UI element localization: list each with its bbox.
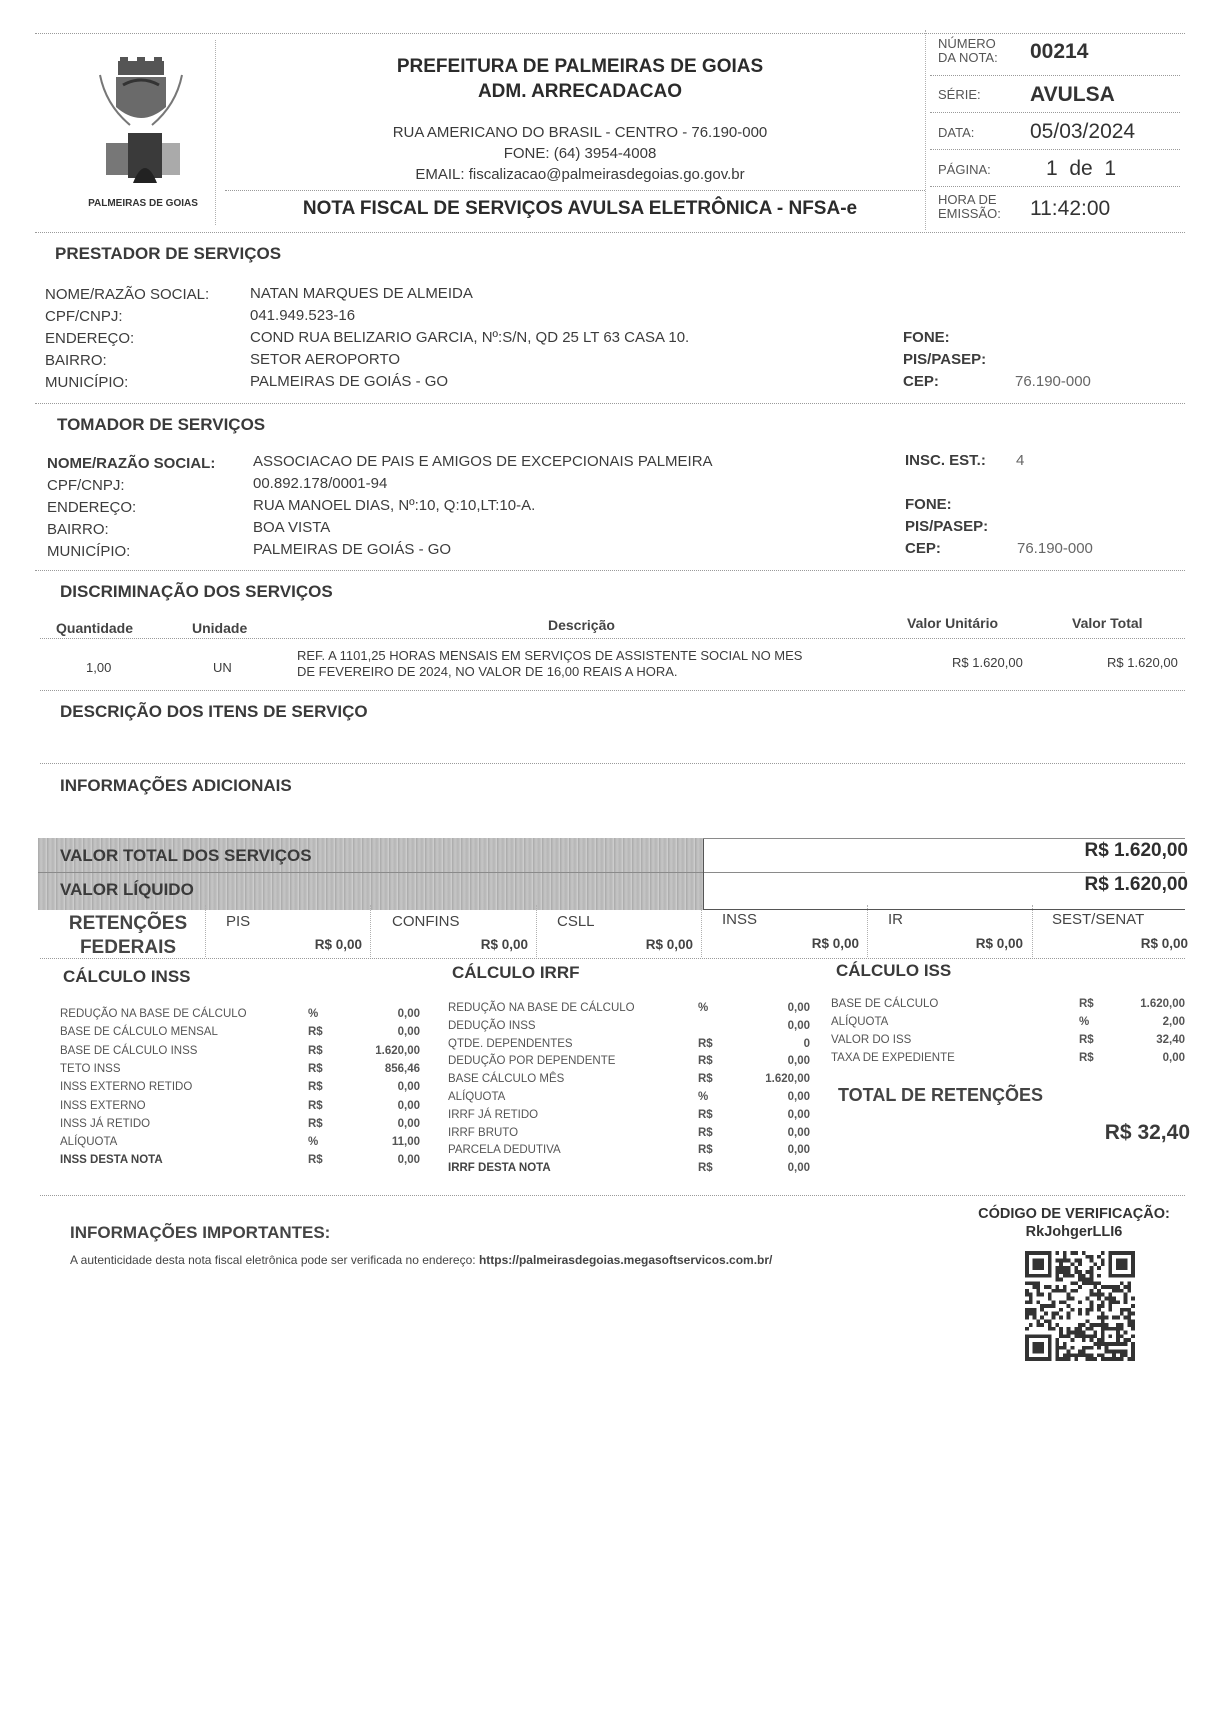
- authenticity-text: A autenticidade desta nota fiscal eletrô…: [70, 1253, 476, 1267]
- col-descricao: Descrição: [548, 617, 615, 633]
- prestador-bairro-label: BAIRRO:: [45, 352, 107, 369]
- prestador-nome-value: NATAN MARQUES DE ALMEIDA: [250, 285, 473, 302]
- tomador-endereco-value: RUA MANOEL DIAS, Nº:10, Q:10,LT:10-A.: [253, 497, 535, 514]
- retencao-pis-value: R$ 0,00: [272, 937, 362, 952]
- org-department: ADM. ARRECADACAO: [370, 81, 790, 103]
- ret-div-1: [370, 905, 371, 957]
- calc-row: IRRF BRUTOR$0,00: [448, 1125, 810, 1142]
- retencoes-federais-label: RETENÇÕES FEDERAIS: [58, 912, 198, 960]
- numero-label: NÚMERO DA NOTA:: [938, 37, 998, 65]
- calc-row-name: INSS JÁ RETIDO: [60, 1116, 150, 1133]
- col-valor-total: Valor Total: [1072, 615, 1143, 631]
- calc-row-name: BASE DE CÁLCULO: [831, 996, 938, 1013]
- calc-row-value: 0: [804, 1036, 810, 1053]
- retencoes-label-line1: RETENÇÕES: [58, 912, 198, 936]
- calc-row-unit: R$: [308, 1098, 323, 1115]
- calc-row-value: 1.620,00: [1140, 996, 1185, 1013]
- info-adicionais-title: INFORMAÇÕES ADICIONAIS: [60, 776, 292, 796]
- pagina-label: PÁGINA:: [938, 163, 991, 177]
- calc-row-value: 2,00: [1163, 1014, 1185, 1031]
- calc-row: TAXA DE EXPEDIENTER$0,00: [831, 1050, 1185, 1067]
- calc-row-unit: R$: [308, 1116, 323, 1133]
- calc-row-value: 0,00: [788, 1160, 810, 1177]
- calc-row-value: 1.620,00: [765, 1071, 810, 1088]
- hora-label-line2: EMISSÃO:: [938, 207, 1001, 221]
- totals-middle-line: [38, 872, 1185, 873]
- calc-row-value: 0,00: [788, 1053, 810, 1070]
- calc-row: REDUÇÃO NA BASE DE CÁLCULO%0,00: [448, 1000, 810, 1017]
- calc-row-unit: R$: [698, 1107, 713, 1124]
- calc-row-unit: R$: [1079, 996, 1094, 1013]
- retencao-ir-value: R$ 0,00: [933, 936, 1023, 951]
- data-value: 05/03/2024: [1030, 120, 1135, 144]
- calc-row-name: BASE DE CÁLCULO MENSAL: [60, 1024, 218, 1041]
- pagina-value: 1 de 1: [1046, 157, 1116, 181]
- calc-row-name: VALOR DO ISS: [831, 1032, 911, 1049]
- totals-bottom-line: [703, 909, 1185, 910]
- row-valor-total: R$ 1.620,00: [1107, 655, 1178, 670]
- calc-row: ALÍQUOTA%2,00: [831, 1014, 1185, 1031]
- verification-url-link[interactable]: https://palmeirasdegoias.megasoftservico…: [479, 1253, 772, 1267]
- calc-row: IRRF JÁ RETIDOR$0,00: [448, 1107, 810, 1124]
- org-name: PREFEITURA DE PALMEIRAS DE GOIAS: [370, 56, 790, 78]
- valor-liquido-value: R$ 1.620,00: [900, 874, 1188, 896]
- ret-div-5: [1032, 905, 1033, 957]
- table-row: 1,00 UN REF. A 1101,25 HORAS MENSAIS EM …: [0, 640, 1205, 685]
- calc-row-name: IRRF BRUTO: [448, 1125, 518, 1142]
- calc-row-value: 11,00: [392, 1134, 420, 1151]
- calc-row-name: IRRF JÁ RETIDO: [448, 1107, 538, 1124]
- tomador-bairro-label: BAIRRO:: [47, 521, 109, 538]
- calc-row: ALÍQUOTA%0,00: [448, 1089, 810, 1106]
- tomador-municipio-label: MUNICÍPIO:: [47, 543, 130, 560]
- calc-row-name: REDUÇÃO NA BASE DE CÁLCULO: [448, 1000, 635, 1017]
- org-phone: FONE: (64) 3954-4008: [370, 145, 790, 162]
- tomador-nome-label: NOME/RAZÃO SOCIAL:: [47, 455, 215, 472]
- tomador-municipio-value: PALMEIRAS DE GOIÁS - GO: [253, 541, 451, 558]
- calc-row-name: INSS DESTA NOTA: [60, 1152, 163, 1169]
- calc-row: REDUÇÃO NA BASE DE CÁLCULO%0,00: [60, 1006, 420, 1023]
- header-title-separator: [225, 190, 925, 191]
- calculo-iss-title: CÁLCULO ISS: [836, 961, 951, 981]
- calc-row: PARCELA DEDUTIVAR$0,00: [448, 1142, 810, 1159]
- retencao-ir-name: IR: [888, 911, 903, 928]
- tomador-bairro-value: BOA VISTA: [253, 519, 330, 536]
- numero-label-line2: DA NOTA:: [938, 51, 998, 65]
- prestador-municipio-label: MUNICÍPIO:: [45, 374, 128, 391]
- valor-liquido-label: VALOR LÍQUIDO: [60, 880, 194, 900]
- header-top-border: [35, 33, 1185, 34]
- calc-row: VALOR DO ISSR$32,40: [831, 1032, 1185, 1049]
- calc-row-value: 0,00: [1163, 1050, 1185, 1067]
- retencao-pis-name: PIS: [226, 913, 250, 930]
- totals-divider: [703, 838, 704, 910]
- tomador-cpf-value: 00.892.178/0001-94: [253, 475, 387, 492]
- calc-row-unit: R$: [698, 1036, 713, 1053]
- calc-row-unit: R$: [1079, 1050, 1094, 1067]
- tomador-endereco-label: ENDEREÇO:: [47, 499, 136, 516]
- prestador-nome-label: NOME/RAZÃO SOCIAL:: [45, 286, 209, 303]
- calc-row-unit: %: [698, 1000, 708, 1017]
- calc-row-unit: R$: [308, 1043, 323, 1060]
- tomador-fone-label: FONE:: [905, 496, 952, 513]
- itens-section-title: DESCRIÇÃO DOS ITENS DE SERVIÇO: [60, 702, 368, 722]
- hora-value: 11:42:00: [1030, 197, 1110, 221]
- retencao-confins-value: R$ 0,00: [438, 937, 528, 952]
- tomador-insc-value: 4: [1016, 452, 1024, 469]
- coat-of-arms-icon: [78, 55, 208, 215]
- calc-row: INSS JÁ RETIDOR$0,00: [60, 1116, 420, 1133]
- calc-row-unit: R$: [698, 1142, 713, 1159]
- calc-row: BASE DE CÁLCULO MENSALR$0,00: [60, 1024, 420, 1041]
- qr-code-icon: [1025, 1251, 1135, 1361]
- prestador-cep-value: 76.190-000: [1015, 373, 1091, 390]
- codigo-verificacao-value: RkJohgerLLI6: [950, 1224, 1198, 1240]
- calc-row-name: BASE DE CÁLCULO INSS: [60, 1043, 197, 1060]
- tomador-bottom-border: [35, 570, 1185, 571]
- ret-div-0: [205, 905, 206, 957]
- retencao-csll-name: CSLL: [557, 913, 595, 930]
- calc-row-unit: R$: [698, 1053, 713, 1070]
- calc-row-name: REDUÇÃO NA BASE DE CÁLCULO: [60, 1006, 247, 1023]
- retencao-inss-name: INSS: [722, 911, 757, 928]
- calc-row-name: IRRF DESTA NOTA: [448, 1160, 551, 1177]
- hora-label: HORA DE EMISSÃO:: [938, 193, 1001, 221]
- calc-row: IRRF DESTA NOTAR$0,00: [448, 1160, 810, 1177]
- col-quantidade: Quantidade: [56, 620, 133, 636]
- total-retencoes-value: R$ 32,40: [1040, 1121, 1190, 1145]
- calc-row-name: DEDUÇÃO INSS: [448, 1018, 536, 1035]
- meta-sep-1: [930, 75, 1180, 76]
- calc-row: ALÍQUOTA%11,00: [60, 1134, 420, 1151]
- servicos-header-separator: [40, 638, 1185, 639]
- header-logo-divider: [215, 40, 216, 225]
- calc-row-unit: %: [308, 1006, 318, 1023]
- valor-total-servicos-label: VALOR TOTAL DOS SERVIÇOS: [60, 846, 312, 866]
- calc-row: QTDE. DEPENDENTESR$0: [448, 1036, 810, 1053]
- row-descricao-line2: DE FEVEREIRO DE 2024, NO VALOR DE 16,00 …: [297, 664, 678, 679]
- prestador-cpf-label: CPF/CNPJ:: [45, 308, 123, 325]
- calc-row: INSS EXTERNO RETIDOR$0,00: [60, 1079, 420, 1096]
- row-quantidade: 1,00: [86, 660, 111, 675]
- retencoes-bottom-border: [40, 958, 1185, 959]
- codigo-verificacao-label: CÓDIGO DE VERIFICAÇÃO:: [950, 1206, 1198, 1222]
- calc-row-name: PARCELA DEDUTIVA: [448, 1142, 561, 1159]
- calculos-bottom-border: [40, 1195, 1185, 1196]
- prestador-endereco-label: ENDEREÇO:: [45, 330, 134, 347]
- calc-row-unit: R$: [308, 1152, 323, 1169]
- calc-row-value: 0,00: [398, 1006, 420, 1023]
- retencao-sest-senat-value: R$ 0,00: [1098, 936, 1188, 951]
- total-retencoes-label: TOTAL DE RETENÇÕES: [838, 1085, 1043, 1106]
- calc-row-name: INSS EXTERNO: [60, 1098, 146, 1115]
- calc-row-unit: %: [698, 1089, 708, 1106]
- serie-label: SÉRIE:: [938, 88, 981, 102]
- prestador-bairro-value: SETOR AEROPORTO: [250, 351, 400, 368]
- calc-row-value: 0,00: [398, 1098, 420, 1115]
- calc-row-name: QTDE. DEPENDENTES: [448, 1036, 573, 1053]
- calc-row-name: ALÍQUOTA: [448, 1089, 505, 1106]
- col-unidade: Unidade: [192, 620, 247, 636]
- retencoes-label-line2: FEDERAIS: [58, 936, 198, 960]
- prestador-section-title: PRESTADOR DE SERVIÇOS: [55, 244, 281, 264]
- tomador-section-title: TOMADOR DE SERVIÇOS: [57, 415, 265, 435]
- calc-row: BASE DE CÁLCULOR$1.620,00: [831, 996, 1185, 1013]
- servicos-section-title: DISCRIMINAÇÃO DOS SERVIÇOS: [60, 582, 333, 602]
- calc-row-name: TETO INSS: [60, 1061, 121, 1078]
- itens-bottom-border: [40, 763, 1185, 764]
- calc-row: DEDUÇÃO INSS0,00: [448, 1018, 810, 1035]
- col-valor-unitario: Valor Unitário: [907, 615, 998, 631]
- header-meta-divider: [925, 30, 926, 230]
- document-title: NOTA FISCAL DE SERVIÇOS AVULSA ELETRÔNIC…: [240, 198, 920, 220]
- tomador-cpf-label: CPF/CNPJ:: [47, 477, 125, 494]
- calc-row-value: 0,00: [398, 1152, 420, 1169]
- calc-row: TETO INSSR$856,46: [60, 1061, 420, 1078]
- calc-row-value: 0,00: [788, 1018, 810, 1035]
- prestador-bottom-border: [35, 403, 1185, 404]
- calc-row-unit: R$: [698, 1160, 713, 1177]
- ret-div-3: [701, 905, 702, 957]
- row-unidade: UN: [213, 660, 232, 675]
- valor-total-servicos-value: R$ 1.620,00: [900, 840, 1188, 862]
- calc-row-unit: %: [308, 1134, 318, 1151]
- ret-div-4: [867, 905, 868, 957]
- calc-row-name: BASE CÁLCULO MÊS: [448, 1071, 564, 1088]
- ret-div-2: [536, 905, 537, 957]
- calc-row: INSS DESTA NOTAR$0,00: [60, 1152, 420, 1169]
- calc-row-unit: R$: [698, 1071, 713, 1088]
- servicos-bottom-border: [40, 690, 1185, 691]
- calc-row-unit: %: [1079, 1014, 1089, 1031]
- tomador-pis-label: PIS/PASEP:: [905, 518, 988, 535]
- totals-top-line: [703, 838, 1185, 839]
- calc-row-name: DEDUÇÃO POR DEPENDENTE: [448, 1053, 615, 1070]
- org-address: RUA AMERICANO DO BRASIL - CENTRO - 76.19…: [370, 124, 790, 141]
- data-label: DATA:: [938, 126, 974, 140]
- calc-row: BASE DE CÁLCULO INSSR$1.620,00: [60, 1043, 420, 1060]
- info-importantes-title: INFORMAÇÕES IMPORTANTES:: [70, 1223, 330, 1243]
- calc-row-value: 0,00: [788, 1107, 810, 1124]
- tomador-cep-label: CEP:: [905, 540, 941, 557]
- numero-label-line1: NÚMERO: [938, 37, 998, 51]
- calc-row-value: 1.620,00: [375, 1043, 420, 1060]
- calculo-inss-title: CÁLCULO INSS: [63, 967, 191, 987]
- calc-row-value: 856,46: [385, 1061, 420, 1078]
- prestador-fone-label: FONE:: [903, 329, 950, 346]
- header-bottom-border: [35, 232, 1185, 233]
- info-importantes-text: A autenticidade desta nota fiscal eletrô…: [70, 1253, 772, 1267]
- prestador-endereco-value: COND RUA BELIZARIO GARCIA, Nº:S/N, QD 25…: [250, 329, 689, 346]
- calc-row-value: 0,00: [398, 1079, 420, 1096]
- calculo-irrf-title: CÁLCULO IRRF: [452, 963, 579, 983]
- calc-row: BASE CÁLCULO MÊSR$1.620,00: [448, 1071, 810, 1088]
- prestador-cpf-value: 041.949.523-16: [250, 307, 355, 324]
- numero-value: 00214: [1030, 40, 1088, 64]
- retencao-sest-senat-name: SEST/SENAT: [1052, 911, 1144, 928]
- calc-row-name: ALÍQUOTA: [60, 1134, 117, 1151]
- tomador-insc-label: INSC. EST.:: [905, 452, 986, 469]
- calc-row-name: ALÍQUOTA: [831, 1014, 888, 1031]
- calc-row-unit: R$: [1079, 1032, 1094, 1049]
- calc-row-unit: R$: [308, 1079, 323, 1096]
- calc-row-unit: R$: [308, 1024, 323, 1041]
- qr-code-graphic: [1025, 1251, 1135, 1361]
- calc-row-name: INSS EXTERNO RETIDO: [60, 1079, 192, 1096]
- calc-row-value: 0,00: [398, 1116, 420, 1133]
- org-email: EMAIL: fiscalizacao@palmeirasdegoias.go.…: [370, 166, 790, 183]
- calc-row-value: 0,00: [788, 1142, 810, 1159]
- row-valor-unitario: R$ 1.620,00: [952, 655, 1023, 670]
- tomador-nome-value: ASSOCIACAO DE PAIS E AMIGOS DE EXCEPCION…: [253, 453, 713, 470]
- calc-row: DEDUÇÃO POR DEPENDENTER$0,00: [448, 1053, 810, 1070]
- calc-row: INSS EXTERNOR$0,00: [60, 1098, 420, 1115]
- retencao-confins-name: CONFINS: [392, 913, 460, 930]
- tomador-cep-value: 76.190-000: [1017, 540, 1093, 557]
- meta-sep-4: [930, 186, 1180, 187]
- meta-sep-2: [930, 112, 1180, 113]
- logo-caption: PALMEIRAS DE GOIAS: [78, 198, 208, 209]
- calc-row-value: 0,00: [398, 1024, 420, 1041]
- calc-row-value: 32,40: [1156, 1032, 1185, 1049]
- retencao-inss-value: R$ 0,00: [769, 936, 859, 951]
- calc-row-value: 0,00: [788, 1125, 810, 1142]
- prestador-municipio-value: PALMEIRAS DE GOIÁS - GO: [250, 373, 448, 390]
- calc-row-value: 0,00: [788, 1089, 810, 1106]
- calc-row-unit: R$: [698, 1125, 713, 1142]
- meta-sep-3: [930, 149, 1180, 150]
- municipality-logo: [78, 55, 208, 215]
- calc-row-value: 0,00: [788, 1000, 810, 1017]
- calc-row-name: TAXA DE EXPEDIENTE: [831, 1050, 955, 1067]
- retencao-csll-value: R$ 0,00: [603, 937, 693, 952]
- row-descricao-line1: REF. A 1101,25 HORAS MENSAIS EM SERVIÇOS…: [297, 648, 802, 663]
- calc-row-unit: R$: [308, 1061, 323, 1078]
- serie-value: AVULSA: [1030, 83, 1115, 107]
- hora-label-line1: HORA DE: [938, 193, 1001, 207]
- prestador-cep-label: CEP:: [903, 373, 939, 390]
- prestador-pis-label: PIS/PASEP:: [903, 351, 986, 368]
